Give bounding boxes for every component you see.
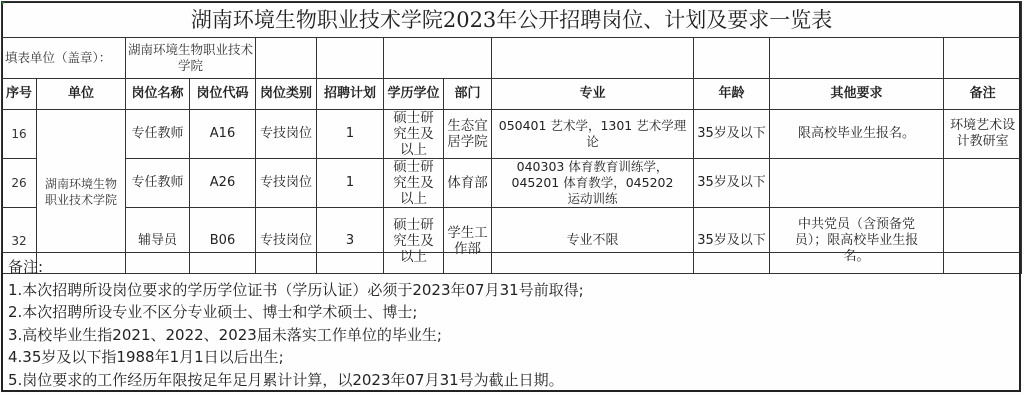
note-item: 4.35岁及以下指1988年1月1日以后出生; xyxy=(8,346,1019,369)
fill-empty-cell[interactable] xyxy=(384,38,492,79)
note-item: 3.高校毕业生指2021、2022、2023届未落实工作单位的毕业生; xyxy=(8,324,1019,347)
table-row: 26 专任教师 A26 专技岗位 1 硕士研究生及以上 体育部 040303 体… xyxy=(2,159,1022,208)
header-plan: 招聘计划 xyxy=(317,79,384,110)
cell-no[interactable]: 16 xyxy=(2,110,37,159)
fill-empty-cell[interactable] xyxy=(492,38,694,79)
fill-empty-cell[interactable] xyxy=(256,38,317,79)
header-major: 专业 xyxy=(492,79,694,110)
fill-unit-value[interactable]: 湖南环境生物职业技术学院 xyxy=(126,38,256,79)
cell-education[interactable]: 硕士研究生及以上 xyxy=(384,110,444,159)
header-position: 岗位名称 xyxy=(126,79,190,110)
cell-remark[interactable]: 环境艺术设计教研室 xyxy=(944,110,1022,159)
header-category: 岗位类别 xyxy=(256,79,317,110)
table-row: 16 湖南环境生物职业技术学院 专任教师 A16 专技岗位 1 硕士研究生及以上… xyxy=(2,110,1022,159)
cell-other[interactable] xyxy=(770,159,944,208)
fill-empty-cell[interactable] xyxy=(694,38,770,79)
note-item: 1.本次招聘所设岗位要求的学历学位证书（学历认证）必须于2023年07月31号前… xyxy=(8,279,1019,302)
header-education: 学历学位 xyxy=(384,79,444,110)
header-department: 部门 xyxy=(444,79,492,110)
cell-plan[interactable]: 1 xyxy=(317,110,384,159)
header-other: 其他要求 xyxy=(770,79,944,110)
notes-section: 备注: 1.本次招聘所设岗位要求的学历学位证书（学历认证）必须于2023年07月… xyxy=(1,252,1021,392)
cell-age[interactable]: 35岁及以下 xyxy=(694,110,770,159)
header-code: 岗位代码 xyxy=(190,79,256,110)
cell-unit-merged[interactable]: 湖南环境生物职业技术学院 xyxy=(37,110,126,274)
cell-position[interactable]: 专任教师 xyxy=(126,110,190,159)
notes-heading: 备注: xyxy=(8,256,1019,279)
cell-category[interactable]: 专技岗位 xyxy=(256,159,317,208)
note-item: 2.本次招聘所设专业不区分专业硕士、博士和学术硕士、博士; xyxy=(8,301,1019,324)
cell-no[interactable]: 26 xyxy=(2,159,37,208)
cell-education[interactable]: 硕士研究生及以上 xyxy=(384,159,444,208)
header-unit: 单位 xyxy=(37,79,126,110)
cell-remark[interactable] xyxy=(944,159,1022,208)
fill-empty-cell[interactable] xyxy=(944,38,1022,79)
fill-empty-cell[interactable] xyxy=(770,38,944,79)
cell-position[interactable]: 专任教师 xyxy=(126,159,190,208)
cell-age[interactable]: 35岁及以下 xyxy=(694,159,770,208)
cell-major[interactable]: 050401 艺术学，1301 艺术学理论 xyxy=(492,110,694,159)
cell-department[interactable]: 体育部 xyxy=(444,159,492,208)
fill-unit-label: 填表单位（盖章）： xyxy=(2,38,126,79)
header-age: 年龄 xyxy=(694,79,770,110)
fill-empty-cell[interactable] xyxy=(317,38,384,79)
header-remark: 备注 xyxy=(944,79,1022,110)
cell-other[interactable]: 限高校毕业生报名。 xyxy=(770,110,944,159)
header-row: 序号 单位 岗位名称 岗位代码 岗位类别 招聘计划 学历学位 部门 专业 年龄 … xyxy=(2,79,1022,110)
recruitment-table: 湖南环境生物职业技术学院2023年公开招聘岗位、计划及要求一览表 填表单位（盖章… xyxy=(1,1,1022,274)
cell-department[interactable]: 生态宜居学院 xyxy=(444,110,492,159)
cell-code[interactable]: A26 xyxy=(190,159,256,208)
cell-plan[interactable]: 1 xyxy=(317,159,384,208)
cell-major[interactable]: 040303 体育教育训练学，045201 体育教学，045202 运动训练 xyxy=(492,159,694,208)
page-title: 湖南环境生物职业技术学院2023年公开招聘岗位、计划及要求一览表 xyxy=(2,2,1022,38)
note-item: 5.岗位要求的工作经历年限按足年足月累计计算，以2023年07月31号为截止日期… xyxy=(8,369,1019,392)
cell-code[interactable]: A16 xyxy=(190,110,256,159)
cell-category[interactable]: 专技岗位 xyxy=(256,110,317,159)
header-no: 序号 xyxy=(2,79,37,110)
